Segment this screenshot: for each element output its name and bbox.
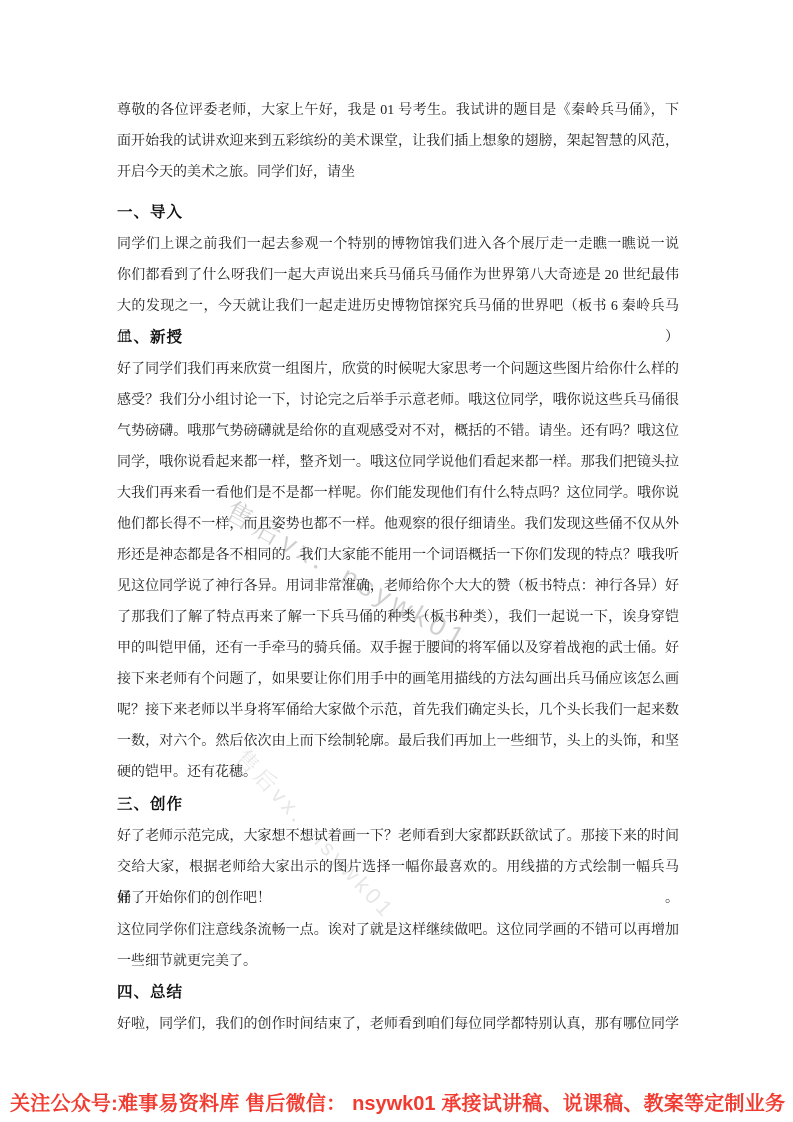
section-heading-section-2: 二、新授 — [117, 322, 679, 353]
section-heading-section-1: 一、导入 — [117, 197, 679, 228]
paragraph-section-4-body: 好啦，同学们，我们的创作时间结束了，老师看到咱们每位同学都特别认真，那有哪位同学 — [117, 1009, 679, 1040]
document-page: 售后vx．nsywk01 售后vx．nsywk01 尊敬的各位评委老师，大家上午… — [0, 0, 793, 1122]
paragraph-line: 你们都看到了什么呀我们一起大声说出来兵马俑兵马俑作为世界第八大奇迹是 20 世纪… — [117, 260, 679, 291]
paragraph-line: 交给大家，根据老师给大家出示的图片选择一幅你最喜欢的。用线描的方式绘制一幅兵马俑… — [117, 852, 679, 883]
paragraph-line: 好啦，同学们，我们的创作时间结束了，老师看到咱们每位同学都特别认真，那有哪位同学 — [117, 1009, 679, 1040]
paragraph-line: 感受？我们分小组讨论一下，讨论完之后举手示意老师。哦这位同学，哦你说这些兵马俑很 — [117, 385, 679, 416]
paragraph-line: 开启今天的美术之旅。同学们好，请坐 — [117, 157, 679, 188]
paragraph-line: 形还是神态都是各不相同的。我们大家能不能用一个词语概括一下你们发现的特点？哦我听 — [117, 540, 679, 571]
paragraph-line: 这位同学你们注意线条流畅一点。诶对了就是这样继续做吧。这位同学画的不错可以再增加 — [117, 915, 679, 946]
paragraph-line: 大的发现之一，今天就让我们一起走进历史博物馆探究兵马俑的世界吧（板书 6 秦岭兵… — [117, 291, 679, 322]
paragraph-line: 见这位同学说了神行各异。用词非常准确，老师给你个大大的赞（板书特点：神行各异）好 — [117, 571, 679, 602]
paragraph-line: 同学，哦你说看起来都一样，整齐划一。哦这位同学说他们看起来都一样。那我们把镜头拉 — [117, 447, 679, 478]
paragraph-line: 接下来老师有个问题了，如果要让你们用手中的画笔用描线的方法勾画出兵马俑应该怎么画 — [117, 664, 679, 695]
paragraph-section-2-body: 好了同学们我们再来欣赏一组图片，欣赏的时候呢大家思考一个问题这些图片给你什么样的… — [117, 354, 679, 788]
paragraph-section-1-body: 同学们上课之前我们一起去参观一个特别的博物馆我们进入各个展厅走一走瞧一瞧说一说你… — [117, 229, 679, 322]
section-heading-section-4: 四、总结 — [117, 977, 679, 1008]
paragraph-line: 呢？接下来老师以半身将军俑给大家做个示范，首先我们确定头长，几个头长我们一起来数 — [117, 695, 679, 726]
paragraph-section-3-body: 好了老师示范完成，大家想不想试着画一下？老师看到大家都跃跃欲试了。那接下来的时间… — [117, 821, 679, 914]
section-heading-section-3: 三、创作 — [117, 789, 679, 820]
paragraph-line: 面开始我的试讲欢迎来到五彩缤纷的美术课堂，让我们插上想象的翅膀，架起智慧的风范， — [117, 126, 679, 157]
paragraph-line: 大我们再来看一看他们是不是都一样呢。你们能发现他们有什么特点吗？这位同学。哦你说 — [117, 478, 679, 509]
footer-banner: 关注公众号:难事易资料库 售后微信： nsywk01 承接试讲稿、说课稿、教案等… — [10, 1091, 785, 1117]
paragraph-line: 好了同学们我们再来欣赏一组图片，欣赏的时候呢大家思考一个问题这些图片给你什么样的 — [117, 354, 679, 385]
paragraph-line: 他们都长得不一样，而且姿势也都不一样。他观察的很仔细请坐。我们发现这些俑不仅从外 — [117, 509, 679, 540]
paragraph-line: 气势磅礴。哦那气势磅礴就是给你的直观感受对不对，概括的不错。请坐。还有吗？哦这位 — [117, 416, 679, 447]
paragraph-line: 硬的铠甲。还有花穗。 — [117, 757, 679, 788]
paragraph-section-3-feedback: 这位同学你们注意线条流畅一点。诶对了就是这样继续做吧。这位同学画的不错可以再增加… — [117, 915, 679, 977]
paragraph-line: 尊敬的各位评委老师，大家上午好，我是 01 号考生。我试讲的题目是《秦岭兵马俑》… — [117, 95, 679, 126]
paragraph-line: 甲的叫铠甲俑，还有一手牵马的骑兵俑。双手握于腰间的将军俑以及穿着战袍的武士俑。好 — [117, 633, 679, 664]
paragraph-opening-greeting: 尊敬的各位评委老师，大家上午好，我是 01 号考生。我试讲的题目是《秦岭兵马俑》… — [117, 95, 679, 188]
paragraph-line: 好了老师示范完成，大家想不想试着画一下？老师看到大家都跃跃欲试了。那接下来的时间 — [117, 821, 679, 852]
paragraph-line: 一些细节就更完美了。 — [117, 946, 679, 977]
paragraph-line: 了那我们了解了特点再来了解一下兵马俑的种类（板书种类），我们一起说一下，诶身穿铠 — [117, 602, 679, 633]
paragraph-line: 一数，对六个。然后依次由上而下绘制轮廓。最后我们再加上一些细节，头上的头饰，和坚 — [117, 726, 679, 757]
paragraph-line: 同学们上课之前我们一起去参观一个特别的博物馆我们进入各个展厅走一走瞧一瞧说一说 — [117, 229, 679, 260]
